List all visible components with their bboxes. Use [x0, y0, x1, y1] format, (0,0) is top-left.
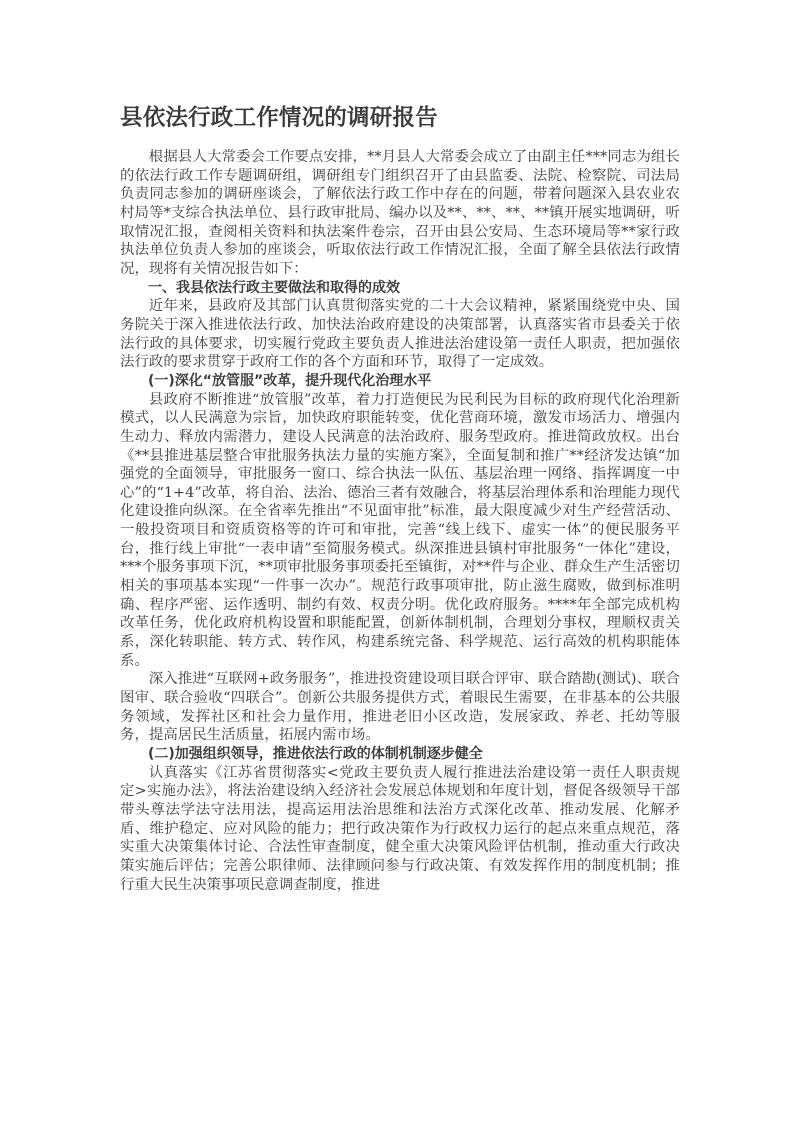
- section-1-heading: 一、我县依法行政主要做法和取得的成效: [120, 279, 680, 298]
- document-page: 县依法行政工作情况的调研报告 根据县人大常委会工作要点安排，**月县人大常委会成…: [120, 102, 680, 894]
- subsection-2-heading: (二)加强组织领导，推进依法行政的体制机制逐步健全: [120, 745, 680, 764]
- subsection-1-paragraph-2: 深入推进“互联网+政务服务”，推进投资建设项目联合评审、联合踏勘(测试)、联合图…: [120, 670, 680, 745]
- intro-paragraph: 根据县人大常委会工作要点安排，**月县人大常委会成立了由副主任***同志为组长的…: [120, 148, 680, 279]
- subsection-1-paragraph-1: 县政府不断推进“放管服”改革，着力打造便民为民利民为目标的政府现代化治理新模式，…: [120, 391, 680, 671]
- section-1-paragraph: 近年来，县政府及其部门认真贯彻落实党的二十大会议精神，紧紧围绕党中央、国务院关于…: [120, 297, 680, 372]
- subsection-1-heading: (一)深化“放管服”改革，提升现代化治理水平: [120, 372, 680, 391]
- document-title: 县依法行政工作情况的调研报告: [120, 102, 680, 134]
- subsection-2-paragraph: 认真落实《江苏省贯彻落实<党政主要负责人履行推进法治建设第一责任人职责规定>实施…: [120, 764, 680, 895]
